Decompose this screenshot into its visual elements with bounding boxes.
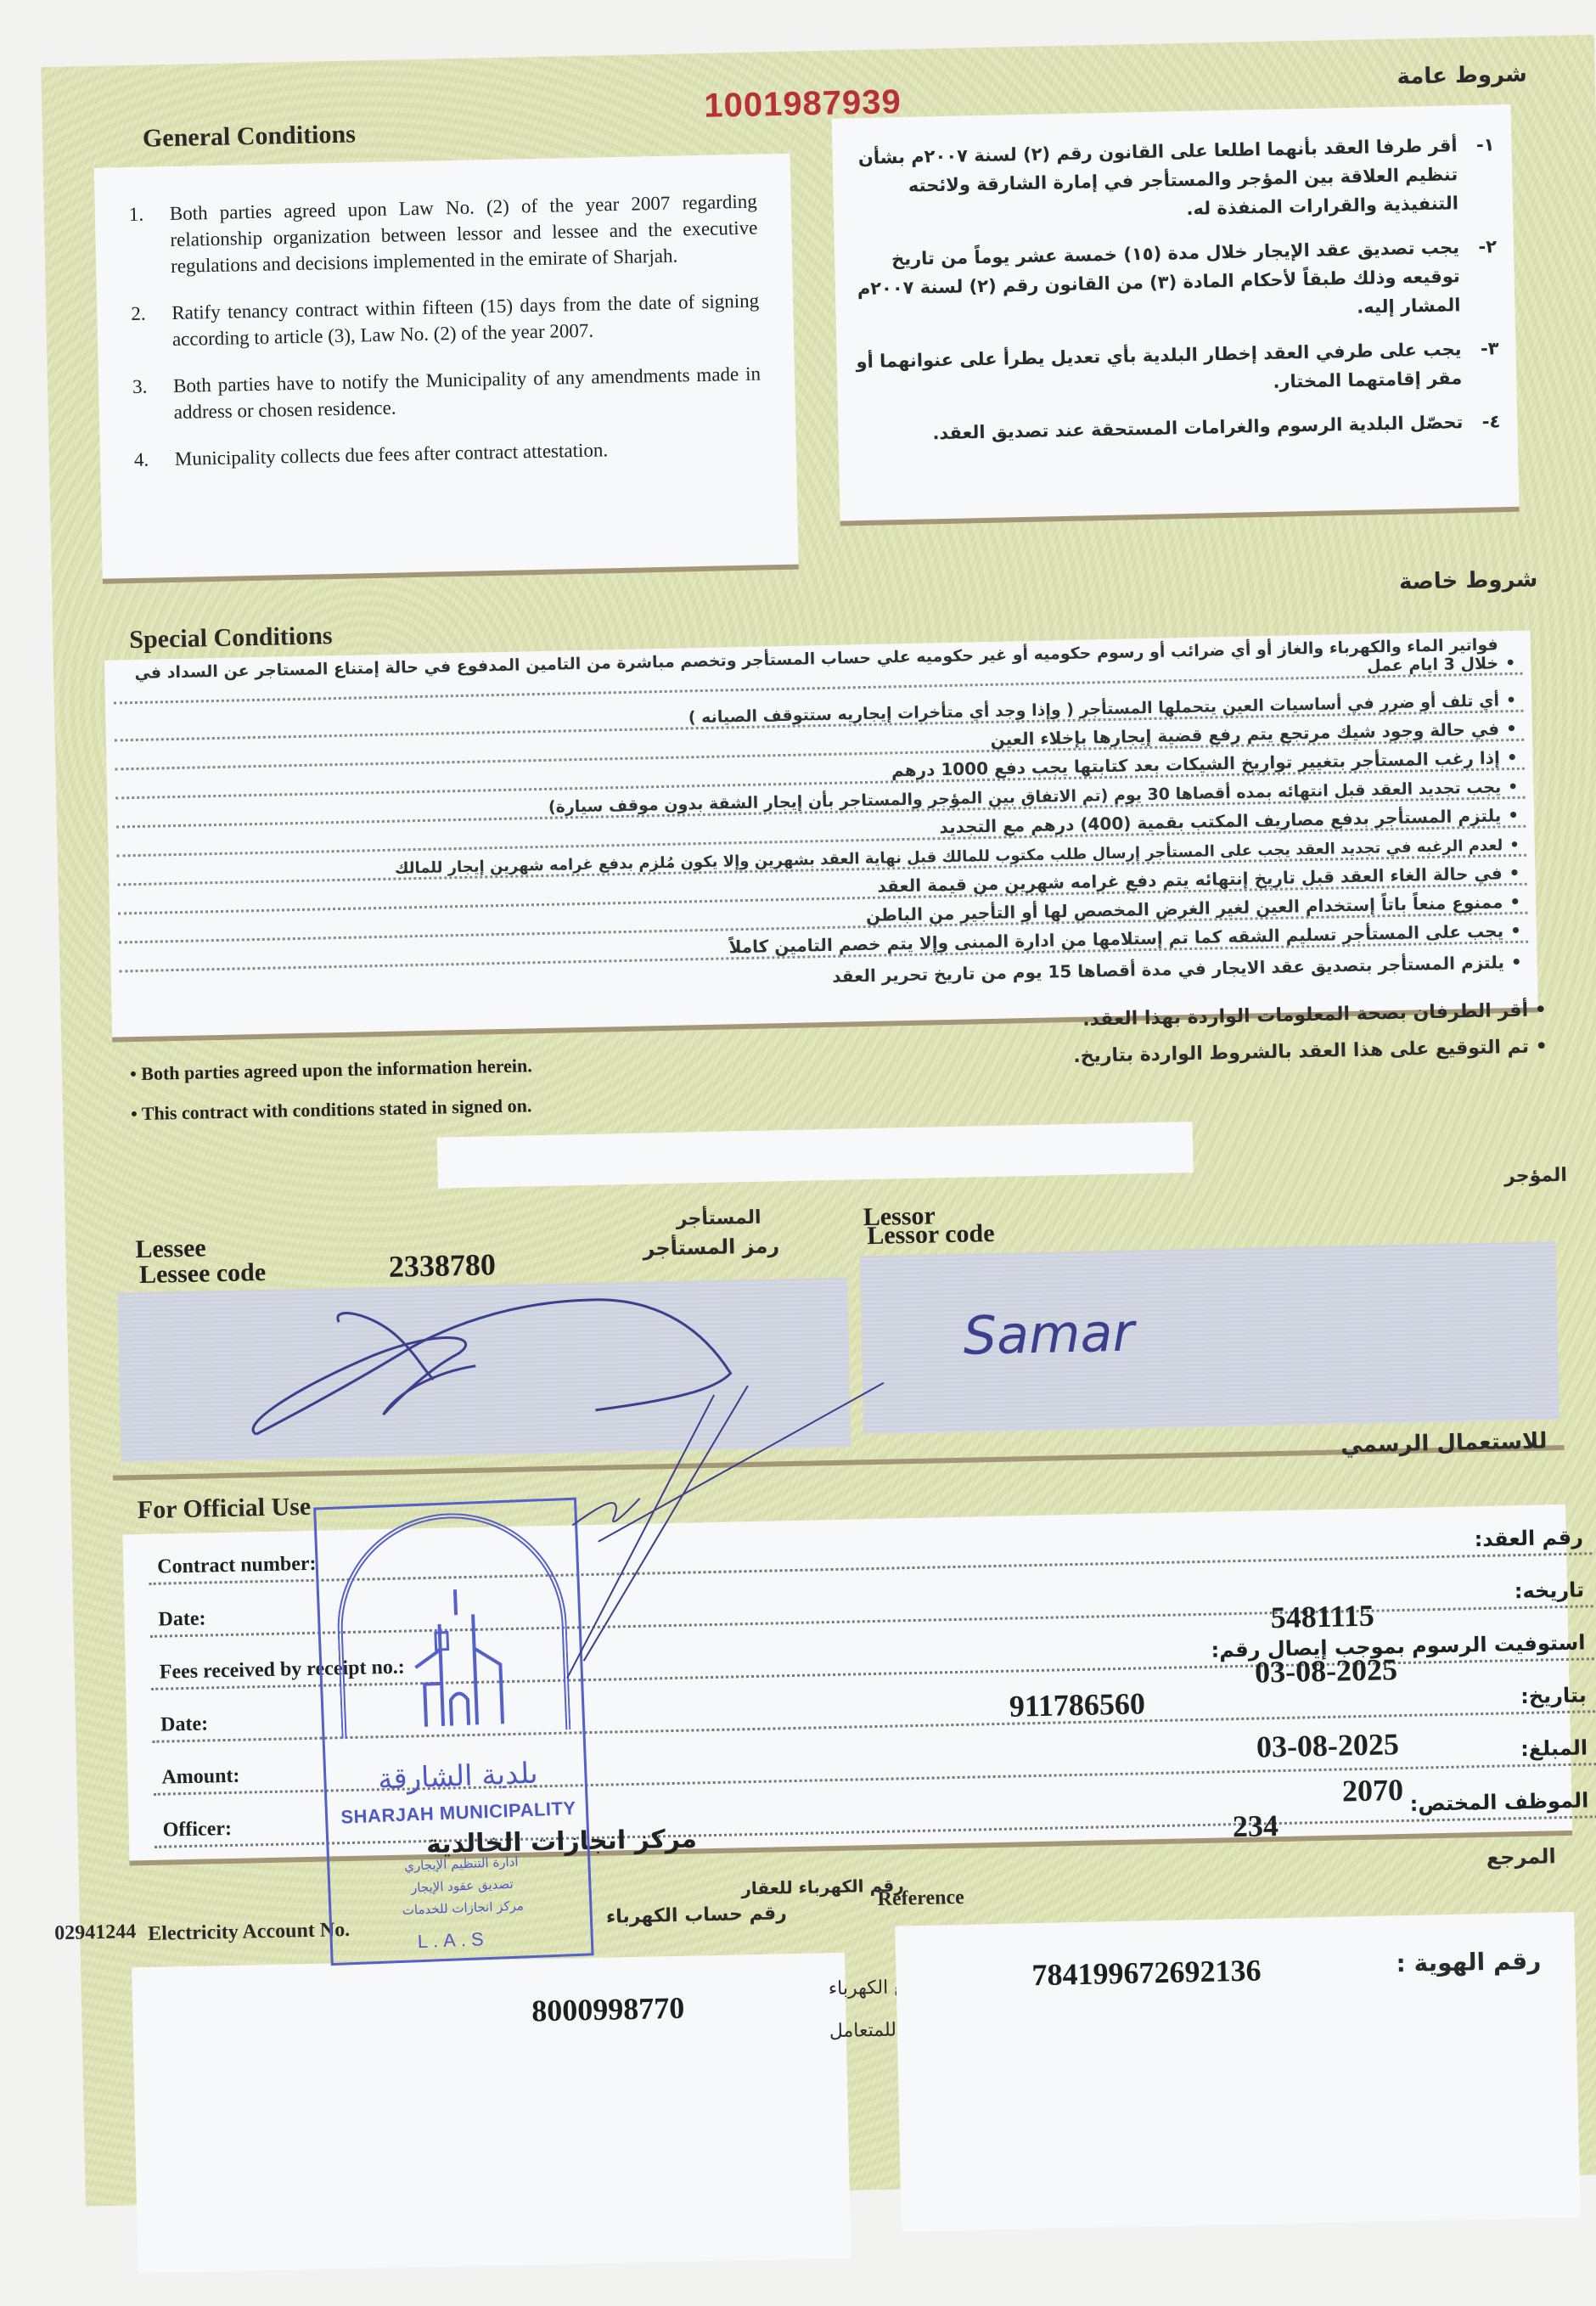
tenancy-contract-page: 1001987939 General Conditions شروط عامة … [41, 35, 1596, 2207]
stamp-department: ادارة التنظيم الإيجاري تصديق عقود الإيجا… [346, 1848, 578, 1923]
official-use-title-en: For Official Use [137, 1493, 311, 1525]
stamp-code: L.A.S [417, 1928, 489, 1953]
special-conditions-title-en: Special Conditions [129, 621, 333, 655]
lessee-code-label-ar: رمز المستأجر [643, 1234, 779, 1260]
special-conditions-list: •فواتير الماء والكهرباء والغاز أو أي ضرا… [113, 631, 1529, 1002]
agreement-note-ar-2: • تم التوقيع على هذا العقد بالشروط الوار… [1073, 1036, 1548, 1067]
electricity-account-label-en: Electricity Account No. [148, 1919, 350, 1946]
reference-title-ar: المرجع [1486, 1844, 1556, 1870]
lessee-label: Lessee [135, 1235, 206, 1263]
official-signature-icon [544, 1374, 907, 1687]
condition-item-ar: ١-أقر طرفا العقد بأنهما اطلعا على القانو… [849, 130, 1496, 230]
agreement-note-en-1: • Both parties agreed upon the informati… [130, 1055, 532, 1085]
id-panel: 784199672692136 رقم الهوية : [895, 1912, 1580, 2232]
emirates-id-label-ar: رقم الهوية : [1396, 1947, 1541, 1978]
electricity-account-label-ar: رقم حساب الكهرباء [606, 1903, 787, 1927]
electricity-number-value: 8000998770 [531, 1990, 685, 2029]
lessor-signature-box: Samar [860, 1241, 1559, 1434]
lessee-label-ar: المستأجر [677, 1207, 761, 1230]
official-use-title-ar: للاستعمال الرسمي [1340, 1428, 1548, 1458]
electricity-panel: 8000998770 [132, 1953, 851, 2274]
general-conditions-title-ar: شروط عامة [1396, 62, 1527, 90]
lessor-label-ar: المؤجر [1504, 1165, 1567, 1188]
general-conditions-title-en: General Conditions [143, 120, 357, 153]
stamp-building-icon [387, 1578, 529, 1736]
special-conditions-panel: •فواتير الماء والكهرباء والغاز أو أي ضرا… [104, 631, 1538, 1043]
partial-account-number: 02941244 [54, 1921, 137, 1945]
signed-date-field [437, 1122, 1194, 1189]
condition-item-ar: ٣-يجب على طرفي العقد إخطار البلدية بأي ت… [853, 334, 1499, 405]
condition-item-ar: ٢-يجب تصديق عقد الإيجار خلال مدة (١٥) خم… [851, 232, 1498, 332]
electricity-property-label-ar: رقم الكهرباء للعقار [741, 1875, 904, 1898]
condition-item: 4.Municipality collects due fees after c… [134, 433, 762, 472]
lessee-code-value: 2338780 [388, 1246, 496, 1285]
lessor-signature-text: Samar [963, 1302, 1135, 1367]
general-conditions-ar-panel: ١-أقر طرفا العقد بأنهما اطلعا على القانو… [832, 104, 1520, 526]
general-conditions-en-panel: 1.Both parties agreed upon Law No. (2) o… [94, 154, 799, 584]
stamp-name-ar: بلدية الشارقة [343, 1755, 573, 1797]
general-conditions-ar-list: ١-أقر طرفا العقد بأنهما اطلعا على القانو… [849, 130, 1501, 464]
special-conditions-title-ar: شروط خاصة [1399, 566, 1538, 594]
agreement-note-en-2: • This contract with conditions stated i… [131, 1094, 532, 1125]
emirates-id-value: 784199672692136 [1031, 1953, 1262, 1994]
stamp-name-en: SHARJAH MUNICIPALITY [340, 1797, 578, 1829]
condition-item-ar: ٤-تحصّل البلدية الرسوم والغرامات المستحق… [855, 407, 1501, 449]
document-photo: 1001987939 General Conditions شروط عامة … [0, 0, 1596, 2306]
lessor-code-label: Lessor code [867, 1221, 995, 1249]
general-conditions-en-list: 1.Both parties agreed upon Law No. (2) o… [129, 188, 763, 493]
lessee-code-label: Lessee code [139, 1260, 267, 1288]
condition-item: 3.Both parties have to notify the Munici… [132, 360, 761, 425]
condition-item: 2.Ratify tenancy contract within fifteen… [131, 288, 760, 353]
condition-item: 1.Both parties agreed upon Law No. (2) o… [129, 188, 759, 280]
official-extra-value: 234 [1232, 1808, 1278, 1844]
